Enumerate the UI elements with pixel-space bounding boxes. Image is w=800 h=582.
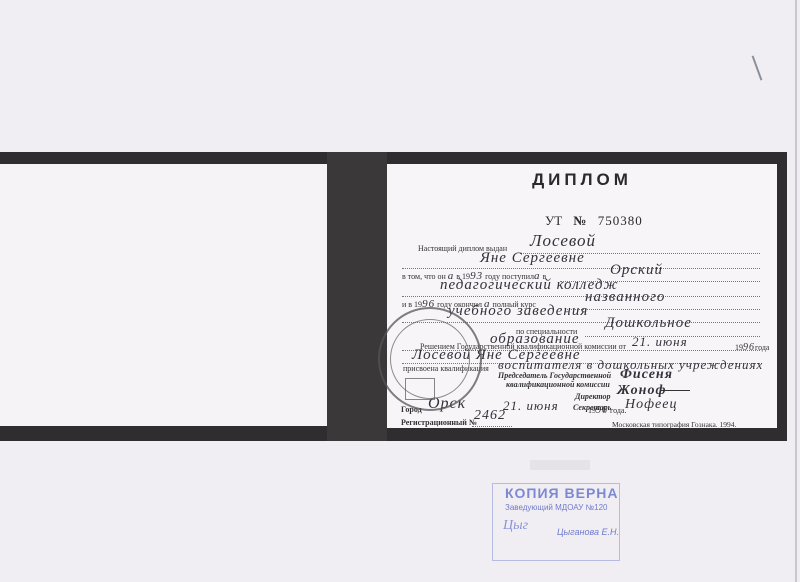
issue-year-value: 96	[596, 405, 608, 416]
decision-year: 1996года	[735, 342, 769, 353]
number: 750380	[598, 213, 643, 228]
name-patronymic: Яне Сергеевне	[480, 250, 585, 267]
issue-year-suffix: года.	[610, 406, 626, 415]
dotted-line	[402, 296, 760, 297]
decision-date: 21. июня	[632, 334, 688, 350]
diploma-serial-number: УТ № 750380	[545, 213, 643, 229]
certified-copy-title: КОПИЯ ВЕРНА	[505, 485, 619, 501]
signature-stroke	[660, 390, 690, 391]
surname: Лосевой	[530, 231, 596, 251]
seal-emblem	[405, 378, 435, 400]
issue-year: 1996 года.	[588, 405, 626, 416]
diploma-spine	[327, 152, 387, 441]
issue-year-prefix: 19	[588, 406, 596, 415]
diploma-left-page	[0, 164, 327, 426]
reg-number: 2462	[474, 408, 506, 424]
number-sign: №	[573, 213, 586, 228]
course-line-2: учебного заведения	[448, 303, 588, 320]
decision-year-value: 96	[743, 342, 755, 353]
series: УТ	[545, 213, 562, 228]
specialty-line-1: Дошкольное	[605, 315, 692, 332]
diploma-title: ДИПЛОМ	[387, 170, 777, 190]
issue-date: 21. июня	[503, 398, 559, 414]
reg-label: Регистрационный №	[401, 418, 477, 427]
dotted-line	[565, 309, 760, 310]
director-label: Директор	[575, 392, 611, 401]
chairman-label-1: Председатель Государственной	[498, 371, 611, 380]
decision-year-suffix: года	[755, 343, 769, 352]
page-edge	[795, 0, 797, 582]
faint-mark	[530, 460, 590, 470]
dotted-line	[402, 268, 760, 269]
printer-imprint: Московская типография Гознака. 1994.	[612, 420, 736, 429]
decision-year-prefix: 19	[735, 343, 743, 352]
course-line-1: названного	[585, 289, 665, 306]
certifier-name: Цыганова Е.Н.	[557, 527, 619, 537]
chairman-label-2: квалификационной комиссии	[506, 380, 610, 389]
scan-mark	[752, 55, 763, 80]
chairman-signature: Фисеня	[620, 367, 673, 383]
certifier-signature: Цыг	[503, 518, 528, 534]
dotted-line	[472, 426, 512, 427]
certifier-position: Заведующий МДОАУ №120	[505, 503, 607, 512]
secretary-signature: Нофеец	[625, 397, 677, 413]
